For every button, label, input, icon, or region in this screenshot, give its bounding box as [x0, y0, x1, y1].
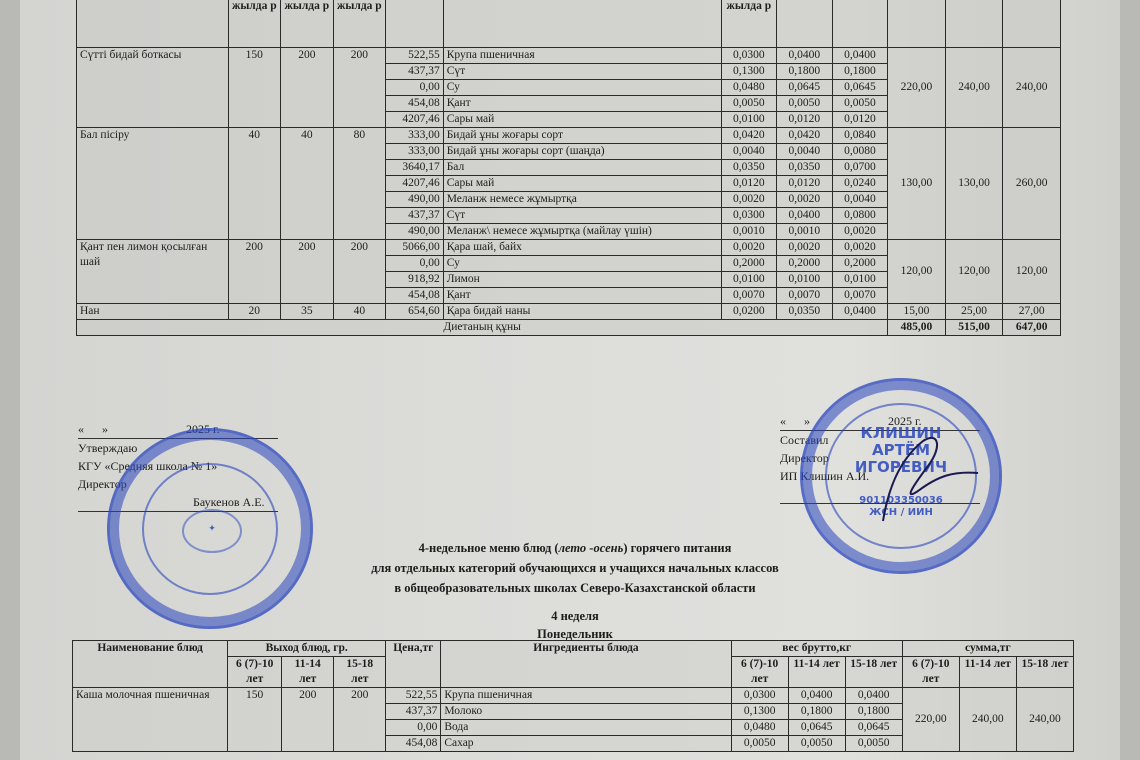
ingredient-name: Сүт	[443, 208, 721, 224]
age-header: 6 (7)-10 лет	[902, 657, 959, 688]
ingredient-weight: 0,1300	[731, 704, 788, 720]
ingredient-price: 454,08	[386, 736, 441, 752]
dish-sum: 240,00	[1003, 48, 1061, 128]
ingredient-weight: 0,0200	[721, 304, 777, 320]
age-header: 15-18 лет	[1016, 657, 1073, 688]
age-header: 6 (7)-10 лет	[731, 657, 788, 688]
week-label: 4 неделя	[300, 606, 850, 626]
ingredient-weight: 0,0040	[832, 192, 888, 208]
ingredient-weight: 0,0400	[777, 208, 833, 224]
ingredient-weight: 0,0050	[788, 736, 845, 752]
ingredient-weight: 0,0645	[832, 80, 888, 96]
age-header: жылда р	[721, 0, 777, 48]
ingredient-price: 4207,46	[386, 112, 444, 128]
ingredient-weight: 0,0070	[832, 288, 888, 304]
col-ingredients: Ингредиенты блюда	[441, 641, 731, 688]
ingredient-price: 918,92	[386, 272, 444, 288]
ingredient-price: 522,55	[386, 48, 444, 64]
ingredient-price: 0,00	[386, 80, 444, 96]
menu-table-kazakh: жылда р жылда р жылда р жылда р Сүтті би…	[76, 0, 1061, 336]
ingredient-weight: 0,0840	[832, 128, 888, 144]
menu-table-russian: Наименование блюд Выход блюд, гр. Цена,т…	[72, 640, 1074, 752]
ingredient-weight: 0,0350	[777, 160, 833, 176]
dish-yield: 200	[333, 48, 386, 128]
ingredient-price: 490,00	[386, 224, 444, 240]
dish-yield: 200	[334, 688, 386, 752]
ingredient-name: Лимон	[443, 272, 721, 288]
ingredient-weight: 0,0020	[777, 192, 833, 208]
ingredient-weight: 0,0480	[721, 80, 777, 96]
dish-yield: 150	[228, 48, 281, 128]
ingredient-weight: 0,0080	[832, 144, 888, 160]
ingredient-weight: 0,0420	[777, 128, 833, 144]
dish-yield: 200	[282, 688, 334, 752]
table-row: Нан203540654,60Қара бидай наны0,02000,03…	[77, 304, 1061, 320]
ingredient-weight: 0,1800	[845, 704, 902, 720]
ingredient-weight: 0,0120	[777, 112, 833, 128]
dish-sum: 130,00	[945, 128, 1003, 240]
ingredient-weight: 0,1300	[721, 64, 777, 80]
ingredient-name: Бидай ұны жоғары сорт (шаңда)	[443, 144, 721, 160]
ingredient-name: Молоко	[441, 704, 731, 720]
ingredient-weight: 0,0300	[721, 208, 777, 224]
ingredient-weight: 0,2000	[721, 256, 777, 272]
ingredient-price: 454,08	[386, 96, 444, 112]
dish-yield: 200	[228, 240, 281, 304]
table-row: Сүтті бидай боткасы150200200522,55Крупа …	[77, 48, 1061, 64]
ingredient-name: Сүт	[443, 64, 721, 80]
ingredient-weight: 0,0100	[832, 272, 888, 288]
col-yield: Выход блюд, гр.	[228, 641, 386, 657]
ingredient-weight: 0,0050	[832, 96, 888, 112]
dish-yield: 40	[281, 128, 334, 240]
ingredient-name: Меланж\ немесе жұмыртқа (майлау үшін)	[443, 224, 721, 240]
age-header: жылда р	[333, 0, 386, 48]
ingredient-weight: 0,2000	[777, 256, 833, 272]
ingredient-name: Меланж немесе жұмыртқа	[443, 192, 721, 208]
ingredient-weight: 0,0120	[721, 176, 777, 192]
ingredient-weight: 0,0050	[777, 96, 833, 112]
ingredient-weight: 0,0120	[777, 176, 833, 192]
age-header: 11-14 лет	[788, 657, 845, 688]
age-header: жылда р	[281, 0, 334, 48]
dish-sum: 240,00	[1016, 688, 1073, 752]
col-weight: вес брутто,кг	[731, 641, 902, 657]
ingredient-name: Қара шай, байх	[443, 240, 721, 256]
ingredient-weight: 0,0350	[777, 304, 833, 320]
ingredient-name: Крупа пшеничная	[441, 688, 731, 704]
ingredient-price: 0,00	[386, 256, 444, 272]
total-row: Диетаның құны485,00515,00647,00	[77, 320, 1061, 336]
heading-line-2: для отдельных категорий обучающихся и уч…	[300, 558, 850, 578]
ingredient-weight: 0,0400	[832, 304, 888, 320]
dish-yield: 40	[333, 304, 386, 320]
total-value: 647,00	[1003, 320, 1061, 336]
ingredient-price: 3640,17	[386, 160, 444, 176]
ingredient-name: Су	[443, 256, 721, 272]
ingredient-weight: 0,0800	[832, 208, 888, 224]
total-value: 485,00	[888, 320, 946, 336]
emblem-center-icon: ✦	[182, 509, 242, 553]
ingredient-price: 522,55	[386, 688, 441, 704]
dish-sum: 130,00	[888, 128, 946, 240]
ingredient-weight: 0,0645	[845, 720, 902, 736]
ingredient-weight: 0,0100	[721, 112, 777, 128]
ingredient-weight: 0,0070	[777, 288, 833, 304]
ingredient-name: Су	[443, 80, 721, 96]
ingredient-weight: 0,0020	[721, 240, 777, 256]
table-header-row: жылда р жылда р жылда р жылда р	[77, 0, 1061, 48]
ingredient-weight: 0,0010	[777, 224, 833, 240]
ingredient-weight: 0,0020	[832, 240, 888, 256]
ingredient-name: Қант	[443, 288, 721, 304]
dish-sum: 240,00	[959, 688, 1016, 752]
ingredient-name: Қант	[443, 96, 721, 112]
dish-yield: 200	[281, 240, 334, 304]
school-stamp: ✦	[107, 428, 313, 629]
dish-sum: 120,00	[888, 240, 946, 304]
ingredient-weight: 0,0020	[777, 240, 833, 256]
table-row: Қант пен лимон қосылған шай2002002005066…	[77, 240, 1061, 256]
dish-name: Каша молочная пшеничная	[73, 688, 228, 752]
dish-sum: 15,00	[888, 304, 946, 320]
ingredient-price: 333,00	[386, 144, 444, 160]
ingredient-weight: 0,0400	[788, 688, 845, 704]
ingredient-weight: 0,0400	[777, 48, 833, 64]
ingredient-name: Сахар	[441, 736, 731, 752]
dish-name: Бал пісіру	[77, 128, 229, 240]
dish-sum: 27,00	[1003, 304, 1061, 320]
dish-sum: 220,00	[902, 688, 959, 752]
dish-sum: 220,00	[888, 48, 946, 128]
total-value: 515,00	[945, 320, 1003, 336]
ingredient-weight: 0,0050	[845, 736, 902, 752]
ingredient-weight: 0,0400	[832, 48, 888, 64]
ingredient-weight: 0,0700	[832, 160, 888, 176]
ingredient-name: Сары май	[443, 112, 721, 128]
heading-line-3: в общеобразовательных школах Северо-Каза…	[300, 578, 850, 598]
dish-sum: 240,00	[945, 48, 1003, 128]
ingredient-weight: 0,0300	[721, 48, 777, 64]
ingredient-weight: 0,1800	[777, 64, 833, 80]
col-sum: сумма,тг	[902, 641, 1073, 657]
heading-line-1: 4-недельное меню блюд (лето -осень) горя…	[300, 538, 850, 558]
ingredient-weight: 0,0350	[721, 160, 777, 176]
ingredient-weight: 0,0100	[777, 272, 833, 288]
dish-yield: 20	[228, 304, 281, 320]
ingredient-weight: 0,0040	[777, 144, 833, 160]
ingredient-weight: 0,0100	[721, 272, 777, 288]
ingredient-weight: 0,2000	[832, 256, 888, 272]
ingredient-weight: 0,0300	[731, 688, 788, 704]
ingredient-weight: 0,0010	[721, 224, 777, 240]
ingredient-price: 490,00	[386, 192, 444, 208]
ingredient-name: Крупа пшеничная	[443, 48, 721, 64]
document-heading: 4-недельное меню блюд (лето -осень) горя…	[300, 538, 850, 642]
ingredient-weight: 0,0240	[832, 176, 888, 192]
ingredient-weight: 0,0420	[721, 128, 777, 144]
col-price: Цена,тг	[386, 641, 441, 688]
ingredient-price: 654,60	[386, 304, 444, 320]
ingredient-price: 4207,46	[386, 176, 444, 192]
ingredient-weight: 0,1800	[832, 64, 888, 80]
ingredient-weight: 0,0070	[721, 288, 777, 304]
age-header: 11-14 лет	[282, 657, 334, 688]
ingredient-price: 437,37	[386, 208, 444, 224]
ingredient-name: Бал	[443, 160, 721, 176]
dish-name: Нан	[77, 304, 229, 320]
age-header: жылда р	[228, 0, 281, 48]
ingredient-weight: 0,0040	[721, 144, 777, 160]
ingredient-price: 333,00	[386, 128, 444, 144]
dish-sum: 120,00	[1003, 240, 1061, 304]
dish-sum: 120,00	[945, 240, 1003, 304]
total-label: Диетаның құны	[77, 320, 888, 336]
ingredient-name: Сары май	[443, 176, 721, 192]
ingredient-weight: 0,0050	[721, 96, 777, 112]
age-header: 15-18 лет	[334, 657, 386, 688]
ingredient-weight: 0,0020	[721, 192, 777, 208]
ingredient-name: Вода	[441, 720, 731, 736]
ingredient-price: 5066,00	[386, 240, 444, 256]
dish-yield: 80	[333, 128, 386, 240]
age-header: 11-14 лет	[959, 657, 1016, 688]
dish-name: Қант пен лимон қосылған шай	[77, 240, 229, 304]
signature-icon	[843, 421, 983, 531]
age-header: 6 (7)-10 лет	[228, 657, 282, 688]
ingredient-price: 0,00	[386, 720, 441, 736]
ingredient-weight: 0,0645	[777, 80, 833, 96]
dish-yield: 200	[333, 240, 386, 304]
ingredient-name: Қара бидай наны	[443, 304, 721, 320]
ingredient-price: 437,37	[386, 704, 441, 720]
ingredient-weight: 0,0480	[731, 720, 788, 736]
ingredient-weight: 0,1800	[788, 704, 845, 720]
table-row: Каша молочная пшеничная150200200522,55Кр…	[73, 688, 1074, 704]
dish-name: Сүтті бидай боткасы	[77, 48, 229, 128]
dish-yield: 40	[228, 128, 281, 240]
ingredient-weight: 0,0120	[832, 112, 888, 128]
dish-sum: 260,00	[1003, 128, 1061, 240]
dish-yield: 35	[281, 304, 334, 320]
ingredient-name: Бидай ұны жоғары сорт	[443, 128, 721, 144]
ingredient-price: 454,08	[386, 288, 444, 304]
ingredient-weight: 0,0645	[788, 720, 845, 736]
ingredient-price: 437,37	[386, 64, 444, 80]
dish-yield: 200	[281, 48, 334, 128]
col-dish-name: Наименование блюд	[73, 641, 228, 688]
age-header: 15-18 лет	[845, 657, 902, 688]
ingredient-weight: 0,0020	[832, 224, 888, 240]
dish-yield: 150	[228, 688, 282, 752]
dish-sum: 25,00	[945, 304, 1003, 320]
table-row: Бал пісіру404080333,00Бидай ұны жоғары с…	[77, 128, 1061, 144]
ingredient-weight: 0,0050	[731, 736, 788, 752]
ingredient-weight: 0,0400	[845, 688, 902, 704]
